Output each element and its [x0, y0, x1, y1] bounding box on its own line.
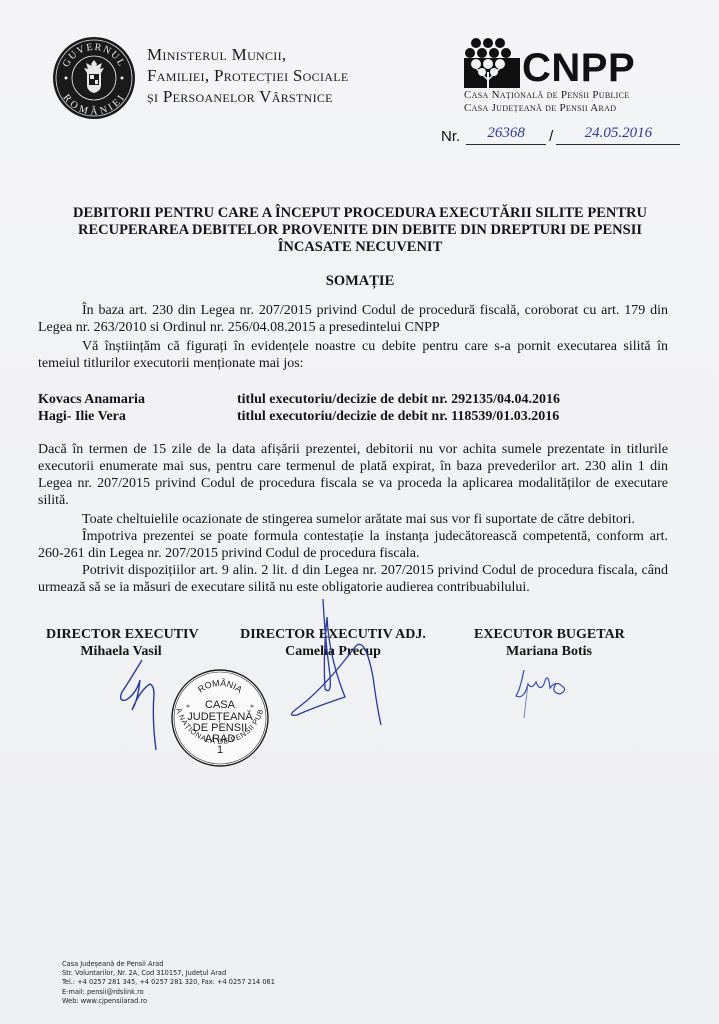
paragraph-hearing: Potrivit dispozițiilor art. 9 alin. 2 li…	[38, 562, 668, 596]
debtor-name: Kovacs Anamaria	[38, 391, 237, 408]
document-title: DEBITORII PENTRU CARE A ÎNCEPUT PROCEDUR…	[30, 205, 690, 256]
cnpp-tree-icon	[462, 36, 522, 88]
signatory-role: DIRECTOR EXECUTIV	[46, 626, 196, 643]
ministry-name: Ministerul Muncii, Familiei, Protecției …	[147, 44, 348, 107]
registration-number-value: 26368	[466, 126, 546, 145]
registration-number: Nr. 26368 / 24.05.2016	[441, 126, 680, 145]
debtor-row: Kovacs Anamaria titlul executoriu/decizi…	[38, 391, 668, 408]
title-line-1: DEBITORII PENTRU CARE A ÎNCEPUT PROCEDUR…	[30, 205, 690, 222]
title-line-2: RECUPERAREA DEBITELOR PROVENITE DIN DEBI…	[30, 222, 690, 239]
paragraph-legal-basis: În baza art. 230 din Legea nr. 207/2015 …	[38, 302, 668, 336]
government-seal-icon: GUVERNUL ROMÂNIEI	[52, 36, 136, 120]
cnpp-subtitle: Casa Națională de Pensii Publice Casa Ju…	[464, 89, 629, 115]
paragraph-costs: Toate cheltuielile ocazionate de stinger…	[38, 511, 668, 528]
footer-phone: Tel.: +4 0257 281 345, +4 0257 281 320, …	[62, 978, 275, 987]
paragraph-notification: Vă înștiințăm că figurați în evidențele …	[38, 338, 668, 372]
debtor-title: titlul executoriu/decizie de debit nr. 1…	[237, 408, 559, 425]
svg-text:1: 1	[217, 744, 223, 756]
cnpp-county-name: Casa Județeană de Pensii Arad	[464, 102, 629, 115]
handwritten-signature-deputy-director	[285, 597, 385, 727]
signatory-role: EXECUTOR BUGETAR	[474, 626, 624, 643]
title-line-3: ÎNCASATE NECUVENIT	[30, 239, 690, 256]
footer-institution: Casa Judeșeană de Pensii Arad	[62, 960, 275, 969]
cnpp-national-name: Casa Națională de Pensii Publice	[464, 89, 629, 102]
cnpp-logo-text: CNPP	[522, 48, 635, 88]
debtor-name: Hagi- Ilie Vera	[38, 408, 237, 425]
signature-block-executor: EXECUTOR BUGETAR Mariana Botis	[474, 626, 624, 660]
ministry-line-3: și Persoanelor Vârstnice	[147, 86, 348, 107]
ministry-line-1: Ministerul Muncii,	[147, 44, 348, 65]
handwritten-signature-director	[110, 650, 170, 760]
paragraph-contestation: Împotriva prezentei se poate formula con…	[38, 528, 668, 562]
signatory-name: Mariana Botis	[474, 643, 624, 660]
registration-separator: /	[549, 128, 553, 145]
footer-website: Web: www.cjpensiiarad.ro	[62, 997, 275, 1006]
document-subtitle: SOMAȚIE	[30, 273, 690, 290]
registration-date: 24.05.2016	[556, 126, 680, 145]
document-page: GUVERNUL ROMÂNIEI Ministerul Muncii, Fam…	[0, 0, 719, 1024]
svg-text:CASA: CASA	[205, 699, 236, 711]
footer-address: Str. Voluntarilor, Nr. 2A, Cod 310157, J…	[62, 969, 275, 978]
paragraph-payment-term: Dacă în termen de 15 zile de la data afi…	[38, 441, 668, 509]
debtor-row: Hagi- Ilie Vera titlul executoriu/decizi…	[38, 408, 668, 425]
registration-label: Nr.	[441, 128, 460, 145]
debtor-title: titlul executoriu/decizie de debit nr. 2…	[237, 391, 560, 408]
cnpp-logo: CNPP Casa Națională de Pensii Publice Ca…	[462, 36, 682, 116]
footer-contact: Casa Judeșeană de Pensii Arad Str. Volun…	[62, 960, 275, 1006]
footer-email: E-mail: pensii@rdslink.ro	[62, 988, 275, 997]
handwritten-signature-executor	[510, 660, 580, 720]
official-stamp: ROMÂNIA CASA NAȚIONALĂ DE PENSII PUBLICE…	[170, 668, 270, 768]
ministry-line-2: Familiei, Protecției Sociale	[147, 65, 348, 86]
debtors-list: Kovacs Anamaria titlul executoriu/decizi…	[38, 391, 668, 425]
